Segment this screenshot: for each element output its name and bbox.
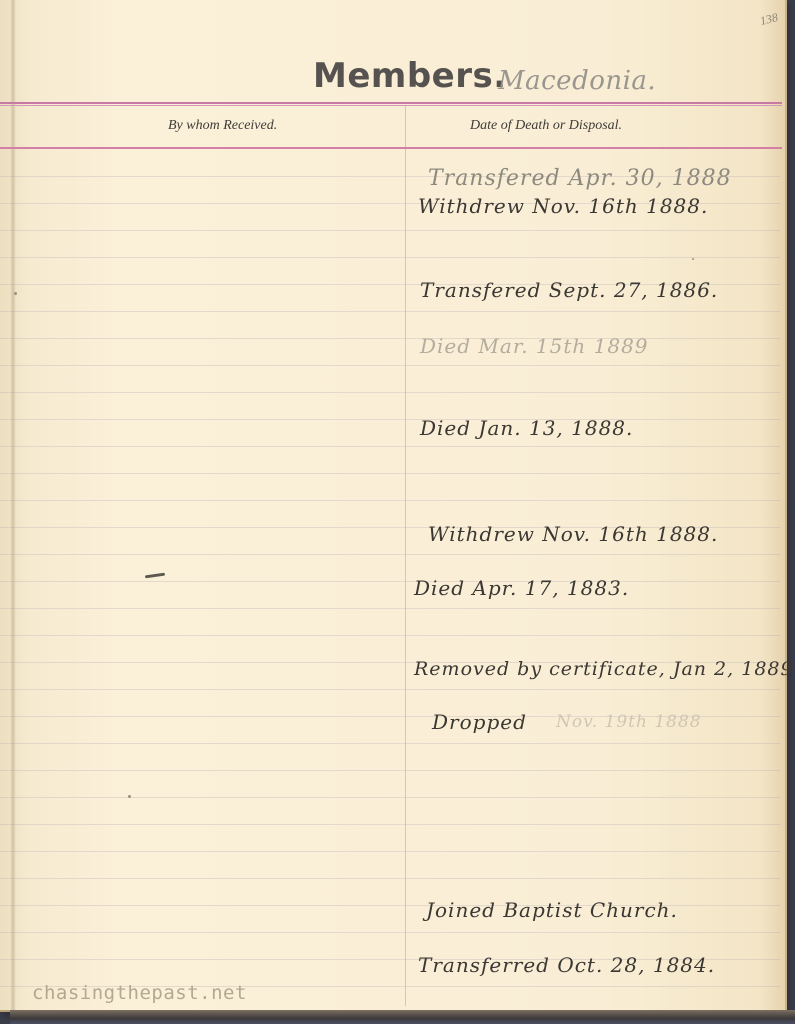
header-rule-top (0, 102, 782, 106)
ledger-page: 138 Members. Macedonia. By whom Received… (0, 0, 787, 1012)
header-rule-bottom (0, 147, 782, 149)
entry-removed-by-certificate: Removed by certificate, Jan 2, 1889. (414, 658, 795, 680)
column-divider (405, 106, 406, 1006)
watermark: chasingthepast.net (32, 982, 247, 1004)
entry-died-mar-1889: Died Mar. 15th 1889 (420, 334, 649, 358)
printed-title: Members. (313, 56, 507, 96)
column-header-received: By whom Received. (168, 118, 277, 134)
stray-ink-dot (128, 795, 131, 798)
entry-died-jan-1888: Died Jan. 13, 1888. (420, 416, 633, 440)
entry-transferred-oct-1884: Transferred Oct. 28, 1884. (418, 953, 715, 977)
entry-dropped-faded-date: Nov. 19th 1888 (556, 712, 702, 732)
column-header-death-disposal: Date of Death or Disposal. (470, 118, 622, 134)
entry-transfered-apr-1888: Transfered Apr. 30, 1888 (428, 166, 732, 191)
book-edge-shadow (10, 1010, 795, 1024)
entry-joined-baptist-church: Joined Baptist Church. (426, 898, 678, 922)
entry-dropped: Dropped (432, 710, 527, 734)
stray-ink-dot (692, 258, 694, 260)
entry-withdrew-nov-1888-2: Withdrew Nov. 16th 1888. (428, 522, 718, 546)
entry-died-apr-1883: Died Apr. 17, 1883. (414, 576, 629, 600)
entry-transfered-sept-1886: Transfered Sept. 27, 1886. (420, 278, 718, 302)
page-number: 138 (758, 10, 779, 29)
entry-withdrew-nov-1888: Withdrew Nov. 16th 1888. (418, 194, 708, 218)
handwritten-church-name: Macedonia. (498, 66, 656, 96)
stray-ink-dot (14, 292, 17, 295)
